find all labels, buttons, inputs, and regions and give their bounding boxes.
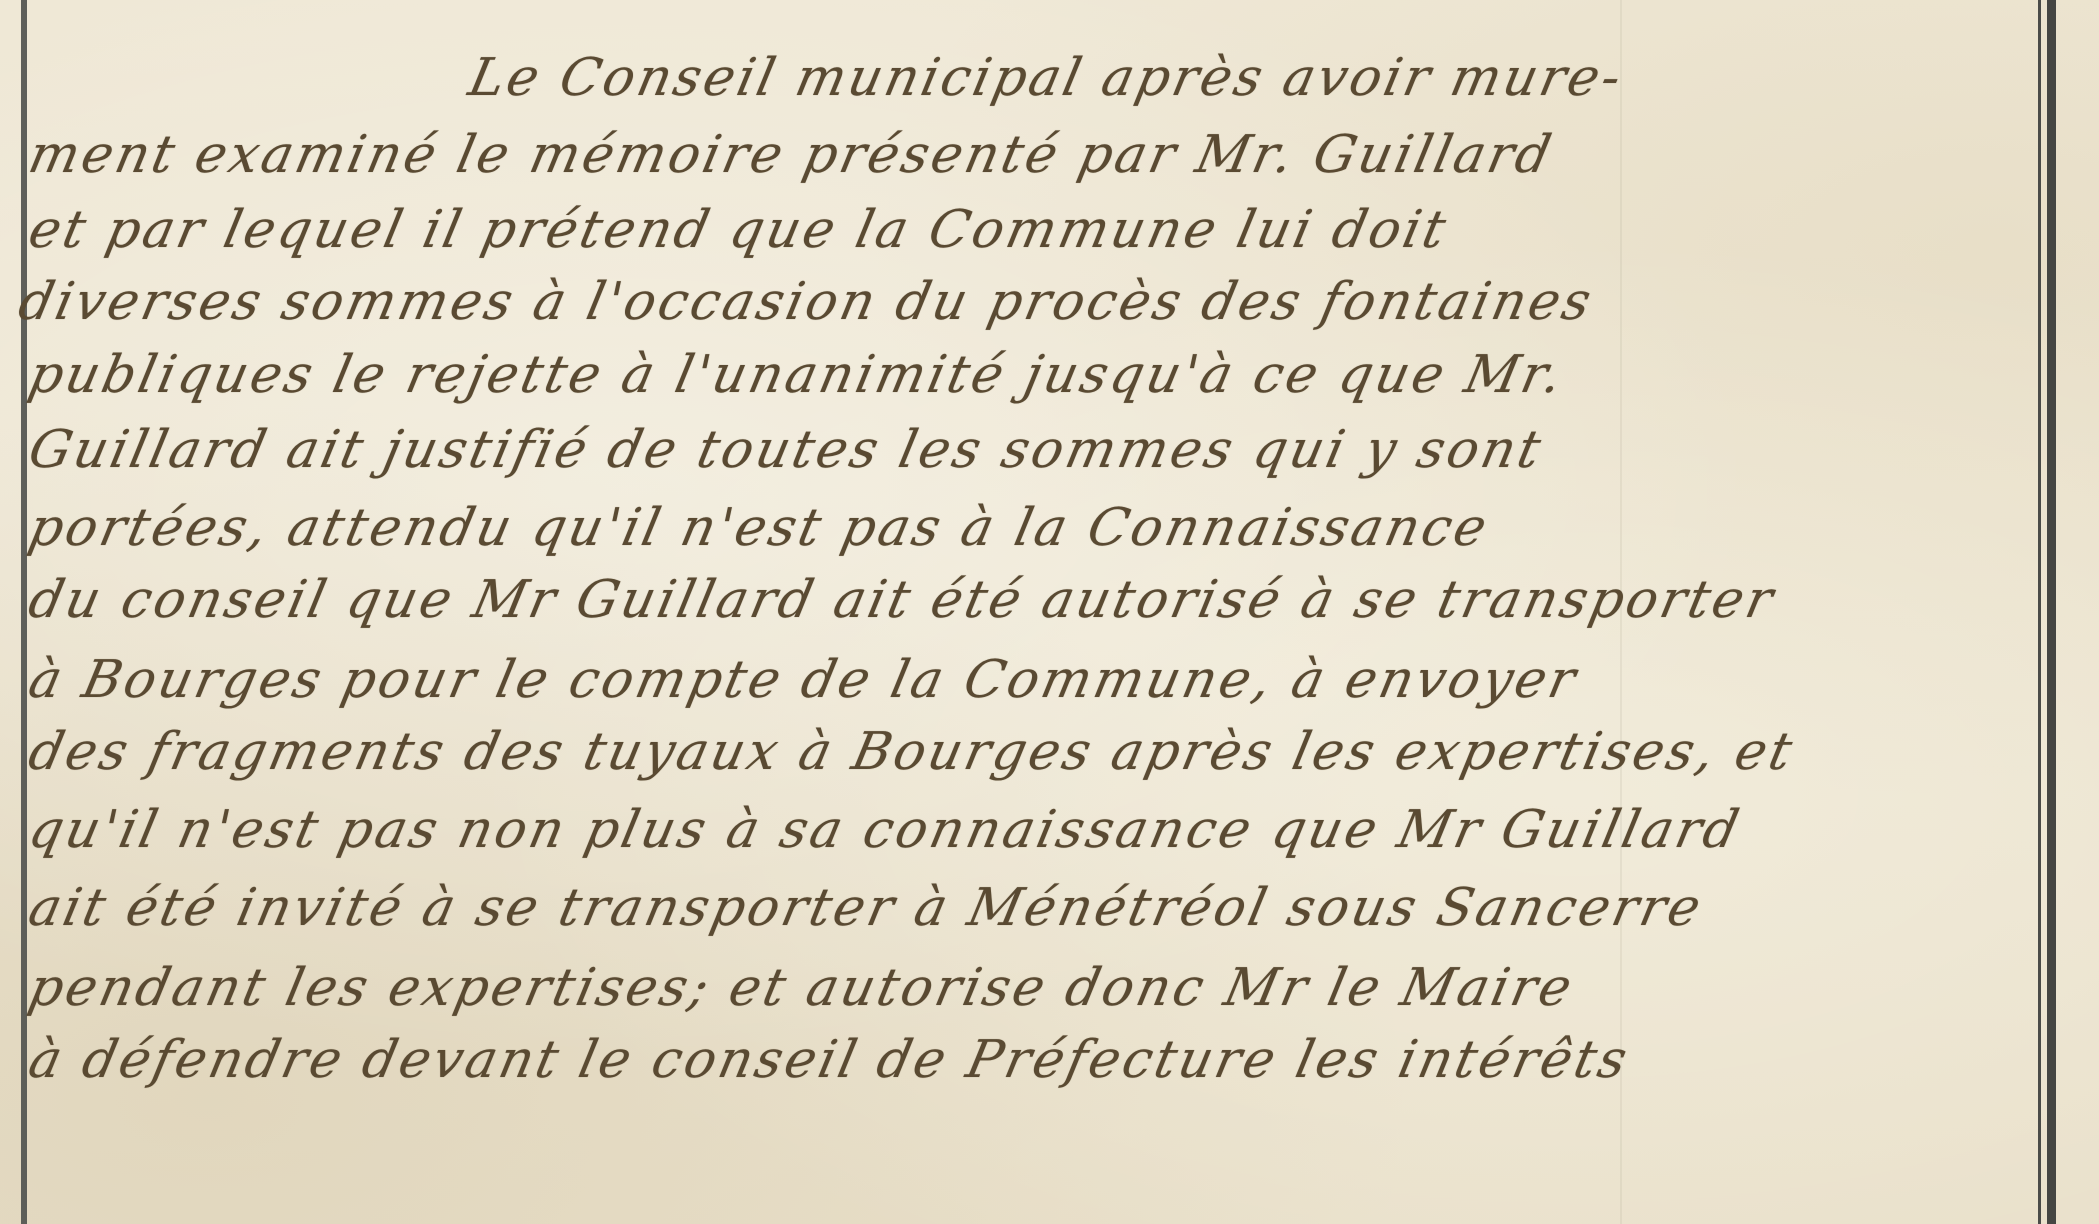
- text-line-14: à défendre devant le conseil de Préfectu…: [24, 1030, 1635, 1090]
- text-line-7: portées, attendu qu'il n'est pas à la Co…: [24, 498, 1495, 558]
- text-line-8: du conseil que Mr Guillard ait été autor…: [24, 570, 1781, 630]
- handwritten-text-block: Le Conseil municipal après avoir mure- m…: [0, 0, 2099, 1224]
- text-line-6: Guillard ait justifié de toutes les somm…: [24, 420, 1549, 480]
- manuscript-page: Le Conseil municipal après avoir mure- m…: [0, 0, 2099, 1224]
- text-line-11: qu'il n'est pas non plus à sa connaissan…: [24, 800, 1747, 860]
- text-line-4: diverses sommes à l'occasion du procès d…: [14, 272, 1599, 332]
- text-line-3: et par lequel il prétend que la Commune …: [24, 200, 1454, 260]
- text-line-13: pendant les expertises; et autorise donc…: [24, 958, 1580, 1018]
- text-line-2: ment examiné le mémoire présenté par Mr.…: [24, 125, 1559, 185]
- text-line-1: Le Conseil municipal après avoir mure-: [464, 48, 1629, 108]
- text-line-10: des fragments des tuyaux à Bourges après…: [24, 722, 1800, 782]
- text-line-12: ait été invité à se transporter à Ménétr…: [24, 878, 1709, 938]
- text-line-5: publiques le rejette à l'unanimité jusqu…: [24, 345, 1570, 405]
- text-line-9: à Bourges pour le compte de la Commune, …: [24, 650, 1584, 710]
